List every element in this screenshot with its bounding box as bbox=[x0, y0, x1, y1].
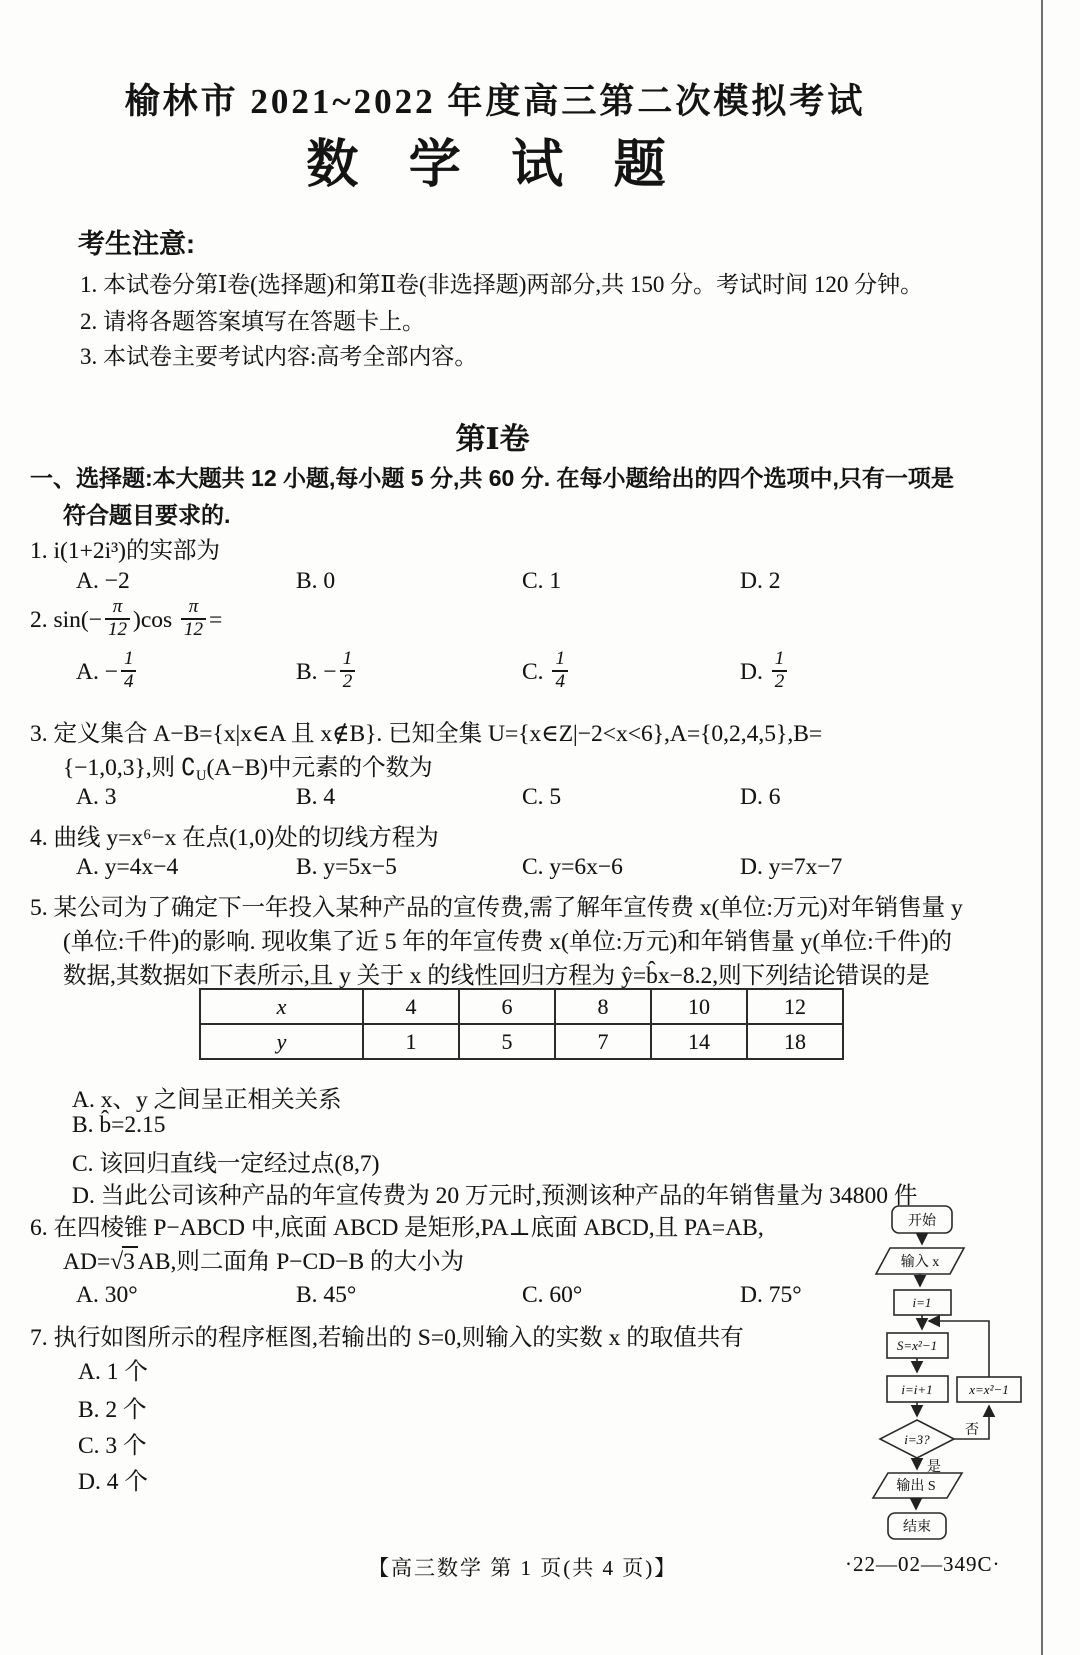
flow-yes-label: 是 bbox=[927, 1459, 941, 1475]
q4-option-d: D. y=7x−7 bbox=[740, 854, 842, 881]
q5-option-b: B. b̂=2.15 bbox=[72, 1112, 166, 1139]
q2-options: A. −14 B. −12 C. 14 D. 12 bbox=[76, 652, 1056, 704]
q3-stem-line-1: 3. 定义集合 A−B={x|x∈A 且 x∉B}. 已知全集 U={x∈Z|−… bbox=[30, 714, 822, 748]
q6-stem-line-2: AD=√3AB,则二面角 P−CD−B 的大小为 bbox=[63, 1242, 464, 1276]
flow-condition-label: i=3? bbox=[904, 1432, 930, 1447]
flow-increment-label: i=i+1 bbox=[901, 1382, 932, 1397]
flow-assign-label: S=x²−1 bbox=[897, 1338, 937, 1353]
q6-option-c: C. 60° bbox=[522, 1282, 582, 1309]
q6-sqrt-radicand: 3 bbox=[122, 1246, 138, 1275]
table-row-x: x 4 6 8 10 12 bbox=[200, 989, 843, 1024]
q3-options: A. 3 B. 4 C. 5 D. 6 bbox=[76, 784, 1056, 814]
exam-title: 榆林市 2021~2022 年度高三第二次模拟考试 bbox=[0, 74, 1080, 124]
flow-end-label: 结束 bbox=[903, 1518, 931, 1535]
q3-option-d: D. 6 bbox=[740, 784, 780, 811]
notice-item-3: 3. 本试卷主要考试内容:高考全部内容。 bbox=[80, 338, 477, 371]
q2-stem: 2. sin(−π12)cos π12= bbox=[30, 600, 222, 643]
q7-flowchart: 开始 输入 x i=1 S=x²−1 i=i+1 x=x²−1 i=3? 否 是… bbox=[850, 1200, 1050, 1552]
q7-option-d: D. 4 个 bbox=[78, 1462, 148, 1496]
q1-option-b: B. 0 bbox=[296, 568, 335, 595]
q6-option-d: D. 75° bbox=[740, 1282, 802, 1309]
flow-output-label: 输出 S bbox=[896, 1478, 935, 1494]
choice-intro-line-1: 一、选择题:本大题共 12 小题,每小题 5 分,共 60 分. 在每小题给出的… bbox=[30, 460, 954, 493]
subject-title: 数 学 试 题 bbox=[0, 122, 1080, 197]
q2-fraction-2: π12 bbox=[181, 597, 206, 640]
flow-input-label: 输入 x bbox=[901, 1254, 940, 1270]
choice-intro-line-2: 符合题目要求的. bbox=[63, 497, 230, 530]
exam-paper-page: 榆林市 2021~2022 年度高三第二次模拟考试 数 学 试 题 考生注意: … bbox=[0, 0, 1080, 1655]
q7-option-a: A. 1 个 bbox=[78, 1352, 148, 1386]
q5-data-table: x 4 6 8 10 12 y 1 5 7 14 18 bbox=[199, 988, 844, 1060]
q5-option-d: D. 当此公司该种产品的年宣传费为 20 万元时,预测该种产品的年销售量为 34… bbox=[72, 1176, 917, 1210]
q7-stem: 7. 执行如图所示的程序框图,若输出的 S=0,则输入的实数 x 的取值共有 bbox=[30, 1318, 744, 1352]
flow-start-label: 开始 bbox=[908, 1213, 937, 1229]
q6-option-a: A. 30° bbox=[76, 1282, 138, 1309]
q4-options: A. y=4x−4 B. y=5x−5 C. y=6x−6 D. y=7x−7 bbox=[76, 854, 1056, 884]
table-row-y: y 1 5 7 14 18 bbox=[200, 1024, 843, 1059]
flow-loop-back-line bbox=[929, 1321, 989, 1377]
q3-option-c: C. 5 bbox=[522, 784, 561, 811]
q4-stem: 4. 曲线 y=x⁶−x 在点(1,0)处的切线方程为 bbox=[30, 818, 439, 852]
q5-stem-line-1: 5. 某公司为了确定下一年投入某种产品的宣传费,需了解年宣传费 x(单位:万元)… bbox=[30, 888, 963, 922]
q2-stem-end: = bbox=[209, 607, 222, 633]
notice-heading: 考生注意: bbox=[78, 222, 195, 261]
q6-stem-line-1: 6. 在四棱锥 P−ABCD 中,底面 ABCD 是矩形,PA⊥底面 ABCD,… bbox=[30, 1208, 764, 1242]
q4-option-b: B. y=5x−5 bbox=[296, 854, 397, 881]
q3-option-b: B. 4 bbox=[296, 784, 335, 811]
q1-option-a: A. −2 bbox=[76, 568, 130, 595]
q2-option-a: A. −14 bbox=[76, 652, 139, 695]
q5-option-a: A. x、y 之间呈正相关关系 bbox=[72, 1080, 342, 1114]
q2-stem-prefix: 2. sin(− bbox=[30, 607, 102, 633]
footer-paper-code: ·22—02—349C· bbox=[845, 1552, 1001, 1577]
q1-option-d: D. 2 bbox=[740, 568, 780, 595]
q3-option-a: A. 3 bbox=[76, 784, 116, 811]
q4-option-a: A. y=4x−4 bbox=[76, 854, 178, 881]
q1-stem: 1. i(1+2i³)的实部为 bbox=[30, 531, 220, 565]
q1-options: A. −2 B. 0 C. 1 D. 2 bbox=[76, 568, 1056, 598]
q2-option-d: D. 12 bbox=[740, 652, 790, 695]
q7-option-c: C. 3 个 bbox=[78, 1426, 147, 1460]
section-1-heading: 第Ⅰ卷 bbox=[0, 414, 1080, 458]
q2-option-c: C. 14 bbox=[522, 652, 571, 695]
q3-stem-line-2: {−1,0,3},则 ∁U(A−B)中元素的个数为 bbox=[63, 748, 433, 785]
q2-option-b: B. −12 bbox=[296, 652, 358, 695]
q6-option-b: B. 45° bbox=[296, 1282, 356, 1309]
q5-option-c: C. 该回归直线一定经过点(8,7) bbox=[72, 1144, 379, 1178]
q1-option-c: C. 1 bbox=[522, 568, 561, 595]
flow-update-label: x=x²−1 bbox=[968, 1382, 1008, 1397]
q5-stem-line-3: 数据,其数据如下表所示,且 y 关于 x 的线性回归方程为 ŷ=b̂x−8.2,… bbox=[63, 956, 930, 990]
q4-option-c: C. y=6x−6 bbox=[522, 854, 623, 881]
q5-stem-line-2: (单位:千件)的影响. 现收集了近 5 年的年宣传费 x(单位:万元)和年销售量… bbox=[63, 922, 952, 956]
flow-init-label: i=1 bbox=[913, 1295, 932, 1310]
notice-item-2: 2. 请将各题答案填写在答题卡上。 bbox=[80, 303, 425, 336]
footer-page-info: 【高三数学 第 1 页(共 4 页)】 bbox=[368, 1552, 677, 1582]
q2-stem-mid: )cos bbox=[133, 607, 178, 633]
q7-option-b: B. 2 个 bbox=[78, 1390, 147, 1424]
q2-fraction-1: π12 bbox=[105, 597, 130, 640]
flow-no-label: 否 bbox=[965, 1422, 979, 1438]
q6-sqrt-prefix: AD=√ bbox=[63, 1249, 123, 1275]
q3-complement-subscript: U bbox=[196, 768, 207, 784]
notice-item-1: 1. 本试卷分第Ⅰ卷(选择题)和第Ⅱ卷(非选择题)两部分,共 150 分。考试时… bbox=[80, 266, 923, 299]
